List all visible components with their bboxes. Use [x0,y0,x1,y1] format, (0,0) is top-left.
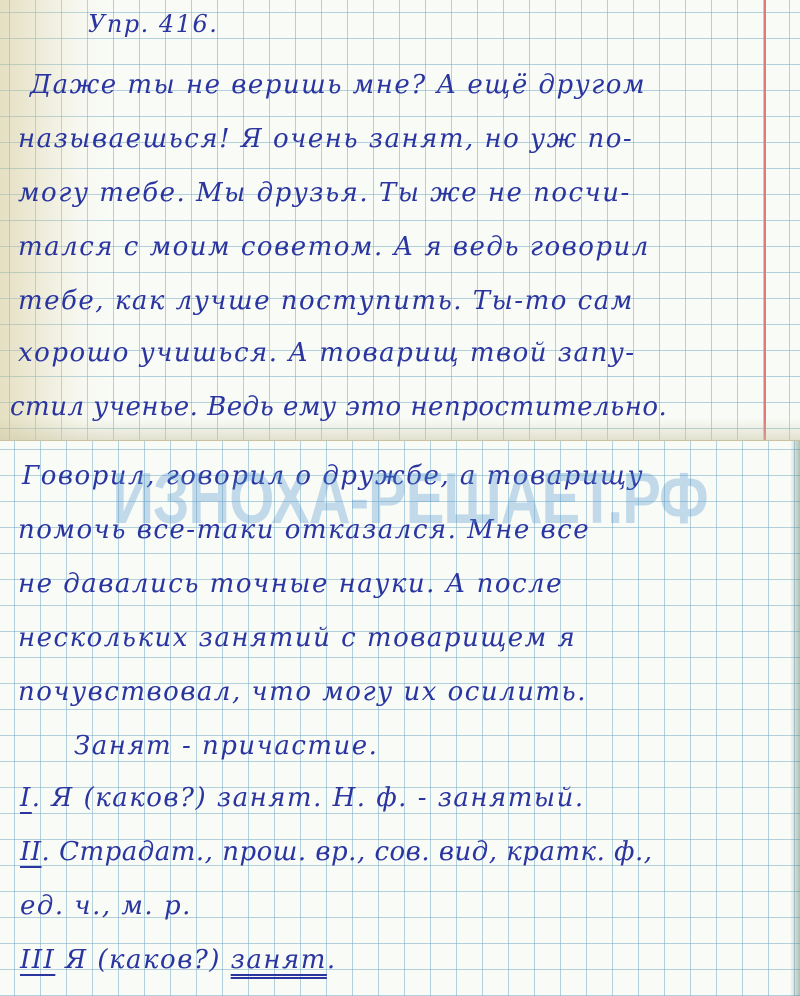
analysis-step-2-cont: ед. ч., м. р. [20,891,192,921]
notebook-page-bottom: Говорил, говорил о дружбе, а товарищу по… [0,440,800,996]
step-marker: III [20,945,55,975]
step-text: ед. ч., м. р. [20,891,192,921]
text-line: не давались точные науки. А после [18,569,563,599]
text-line: Занят - причастие. [74,731,378,761]
margin-line [764,0,766,440]
text-line: помочь все-таки отказался. Мне все [18,515,590,545]
text-line: почувствовал, что могу их осилить. [18,677,587,707]
notebook-page-top: Упр. 416. Даже ты не веришь мне? А ещё д… [0,0,800,440]
text-line: называешься! Я очень занят, но уж по- [18,124,633,154]
step-marker: I [20,783,32,813]
step-marker: II [20,837,42,867]
text-line: стил ученье. Ведь ему это непростительно… [10,392,667,422]
analysis-step-1: I. Я (каков?) занят. Н. ф. - занятый. [20,783,585,813]
text-line: нескольких занятий с товарищем я [18,623,576,653]
step-text: Я (каков?) [55,945,230,975]
text-line: могу тебе. Мы друзья. Ты же не посчи- [18,178,631,208]
step-text: . Я (каков?) занят. Н. ф. - занятый. [32,783,585,813]
underlined-word: занят [231,945,327,975]
text-line: Говорил, говорил о дружбе, а товарищу [22,461,644,491]
step-tail: . [327,945,337,975]
analysis-step-3: III Я (каков?) занят. [20,945,337,975]
text-line: тебе, как лучше поступить. Ты-то сам [18,286,634,316]
step-text: . Страдат., прош. вр., сов. вид, кратк. … [42,837,653,867]
text-line: тался с моим советом. А я ведь говорил [18,232,650,262]
text-line: хорошо учишься. А товарищ твой запу- [18,338,636,368]
analysis-step-2: II. Страдат., прош. вр., сов. вид, кратк… [20,837,653,867]
exercise-heading: Упр. 416. [88,10,218,38]
text-line: Даже ты не веришь мне? А ещё другом [30,70,646,100]
